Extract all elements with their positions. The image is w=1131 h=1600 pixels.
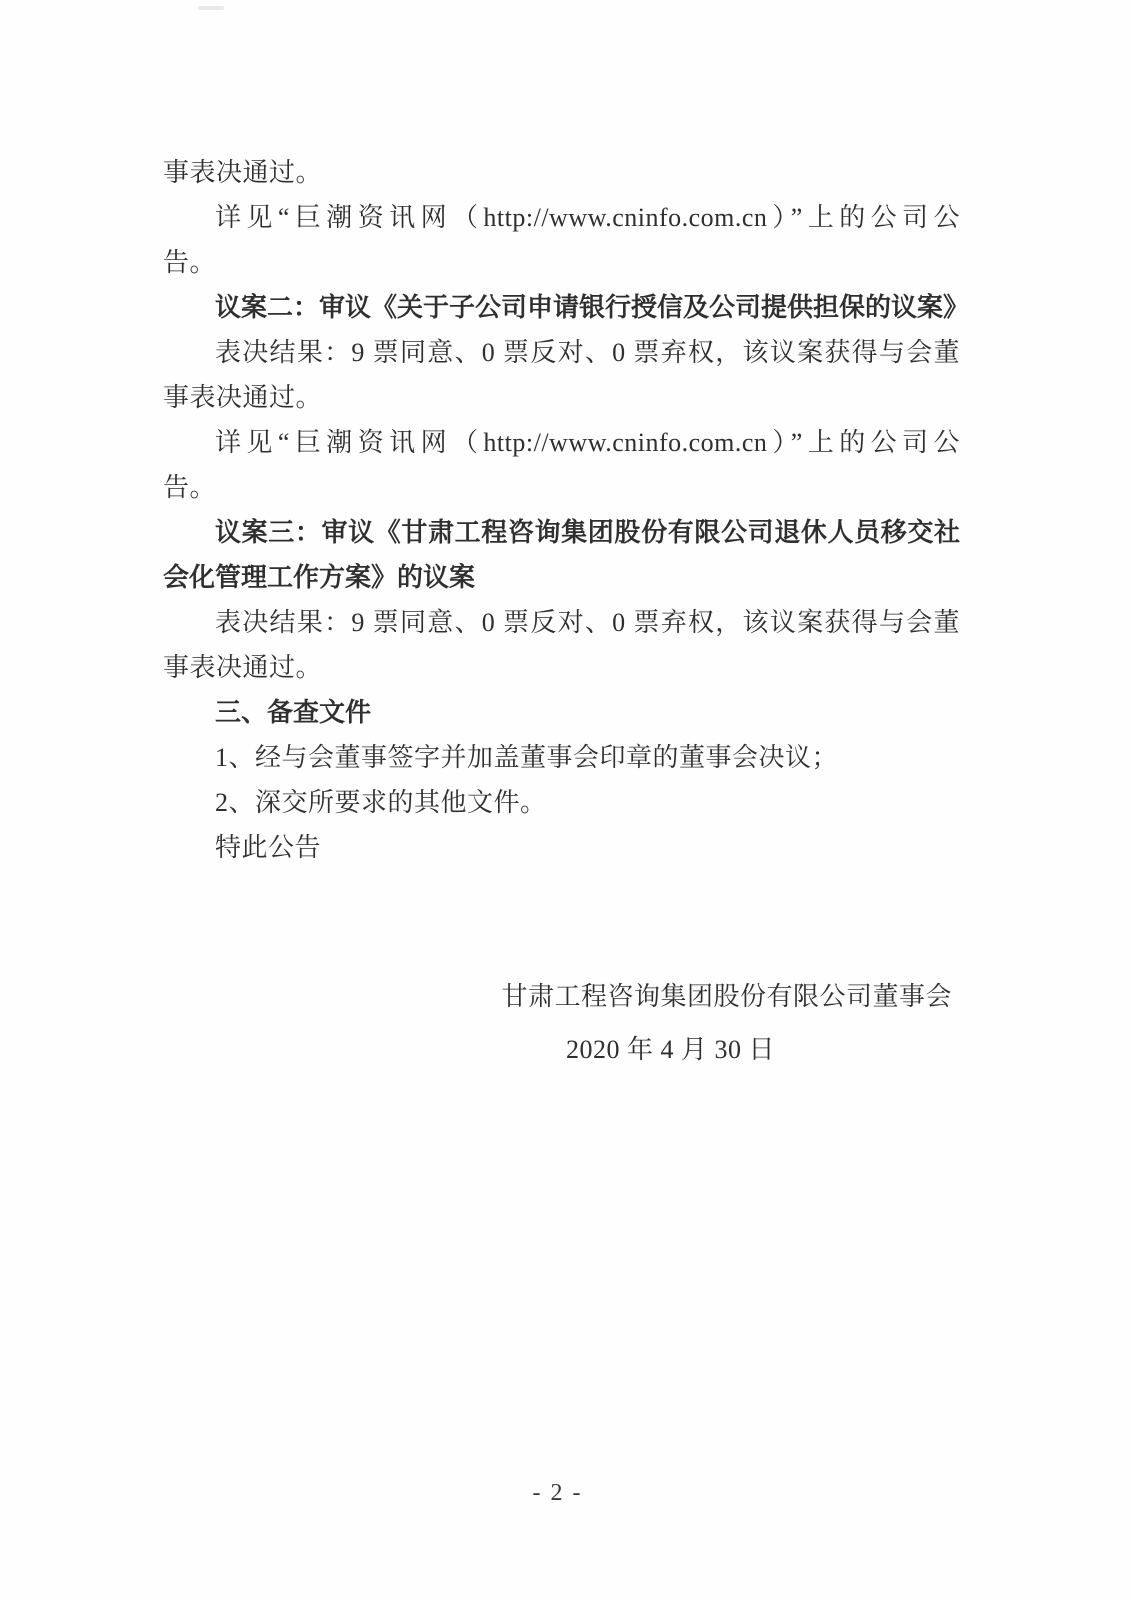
signature-date: 2020 年 4 月 30 日 (163, 1027, 960, 1072)
signature-company: 甘肃工程咨询集团股份有限公司董事会 (163, 974, 960, 1019)
section-3-heading: 三、备查文件 (163, 690, 960, 735)
closing-statement: 特此公告 (163, 825, 960, 870)
document-page: 事表决通过。 详见“巨潮资讯网（http://www.cninfo.com.cn… (0, 0, 1131, 1600)
detail-notice-2-line-1: 详见“巨潮资讯网（http://www.cninfo.com.cn）”上的公司公 (163, 420, 960, 465)
proposal-3-heading-line-2: 会化管理工作方案》的议案 (163, 555, 960, 600)
proposal-3-vote-result-line-1: 表决结果：9 票同意、0 票反对、0 票弃权，该议案获得与会董 (163, 600, 960, 645)
signature-block: 甘肃工程咨询集团股份有限公司董事会 2020 年 4 月 30 日 (163, 974, 960, 1072)
proposal-2-heading: 议案二：审议《关于子公司申请银行授信及公司提供担保的议案》 (163, 285, 960, 330)
scan-artifact (198, 6, 224, 10)
proposal-3-heading-line-1: 议案三：审议《甘肃工程咨询集团股份有限公司退休人员移交社 (163, 510, 960, 555)
reference-document-item-2: 2、深交所要求的其他文件。 (163, 780, 960, 825)
proposal-2-vote-result-line-2: 事表决通过。 (163, 375, 960, 420)
detail-notice-2-line-2: 告。 (163, 465, 960, 510)
document-body: 事表决通过。 详见“巨潮资讯网（http://www.cninfo.com.cn… (163, 150, 960, 1072)
proposal-3-vote-result-line-2: 事表决通过。 (163, 645, 960, 690)
page-number: - 2 - (0, 1480, 1115, 1507)
detail-notice-line-1: 详见“巨潮资讯网（http://www.cninfo.com.cn）”上的公司公 (163, 195, 960, 240)
detail-notice-line-2: 告。 (163, 240, 960, 285)
vote-result-continuation: 事表决通过。 (163, 150, 960, 195)
proposal-2-vote-result-line-1: 表决结果：9 票同意、0 票反对、0 票弃权，该议案获得与会董 (163, 330, 960, 375)
reference-document-item-1: 1、经与会董事签字并加盖董事会印章的董事会决议； (163, 735, 960, 780)
